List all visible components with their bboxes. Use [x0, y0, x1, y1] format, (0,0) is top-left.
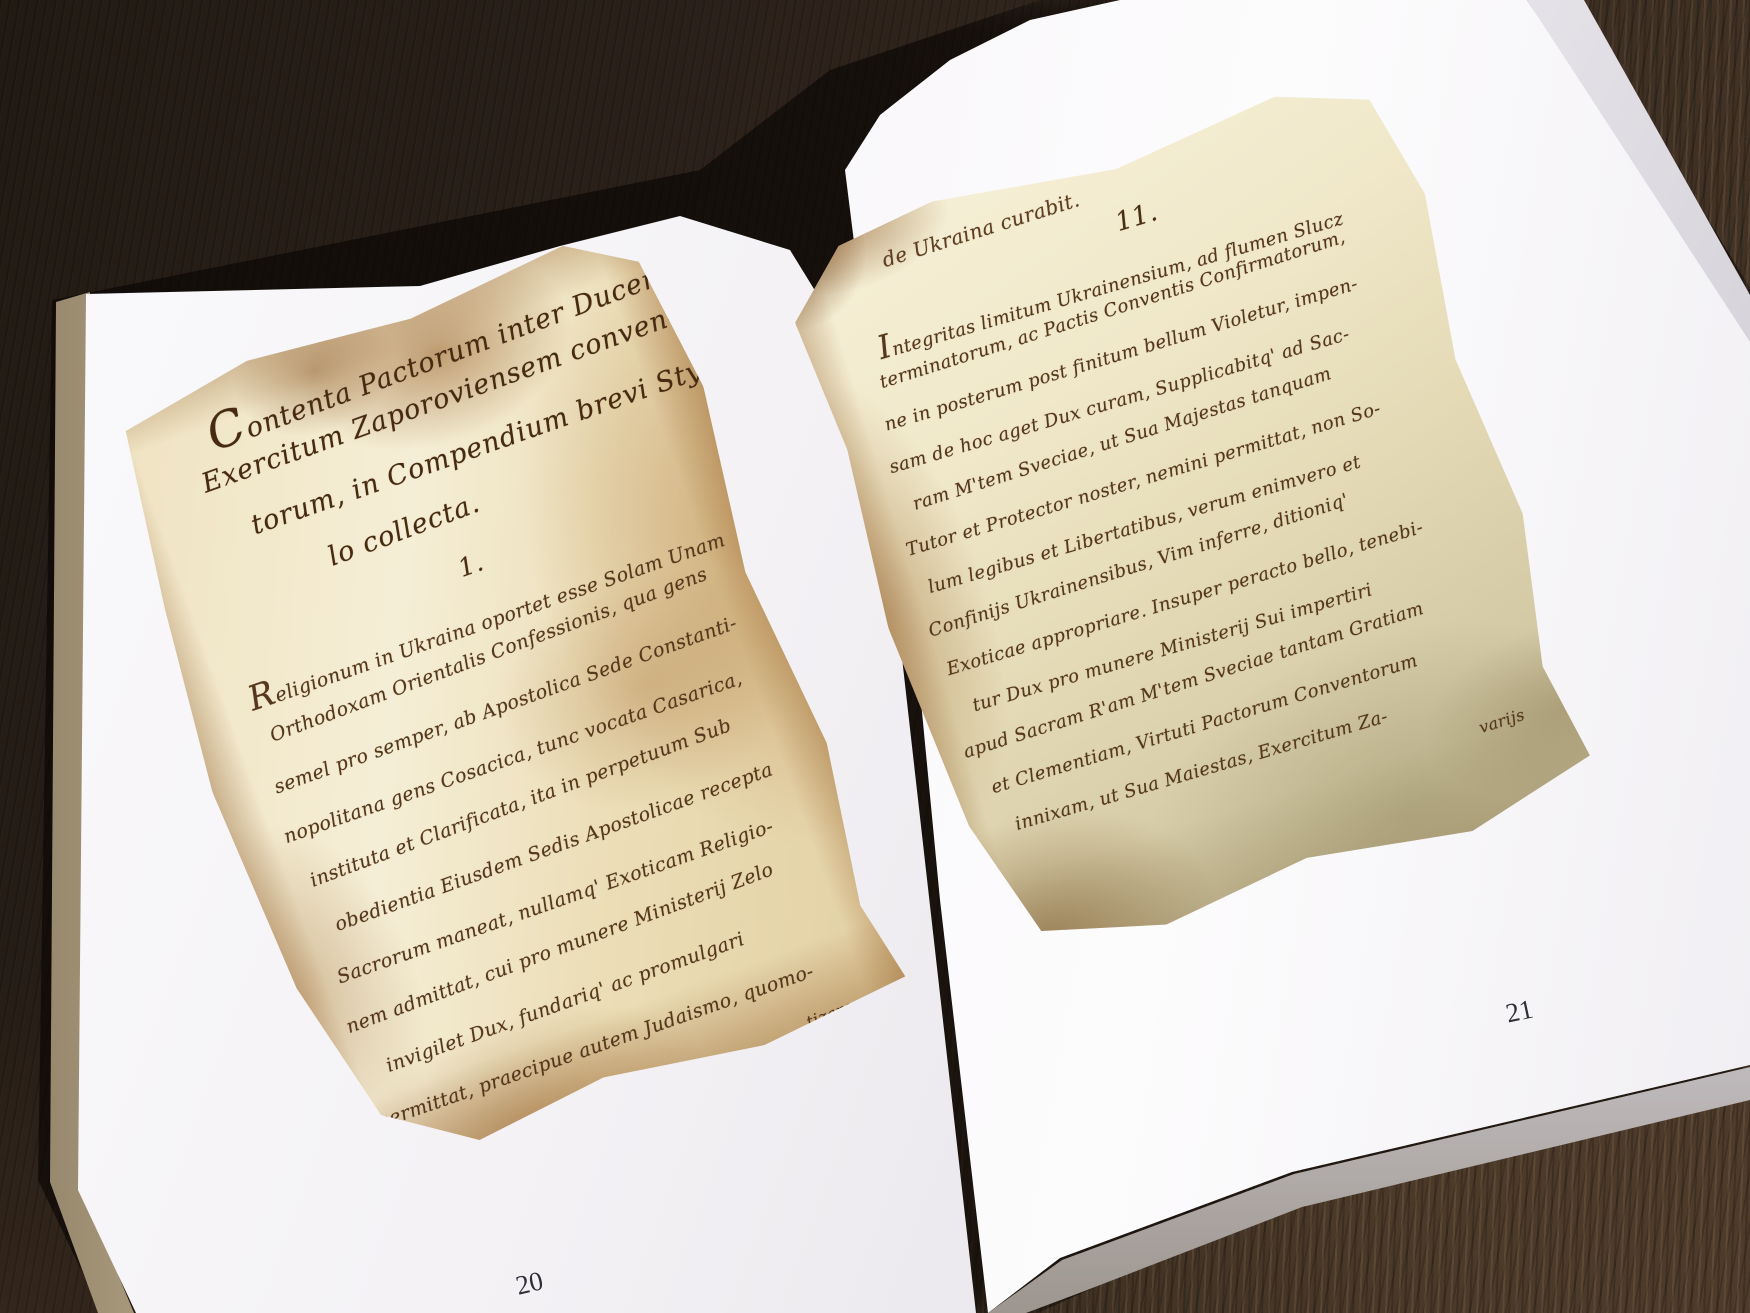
- photo-open-book-on-table: Contenta Pactorum inter Ducem et Exercit…: [0, 0, 1750, 1313]
